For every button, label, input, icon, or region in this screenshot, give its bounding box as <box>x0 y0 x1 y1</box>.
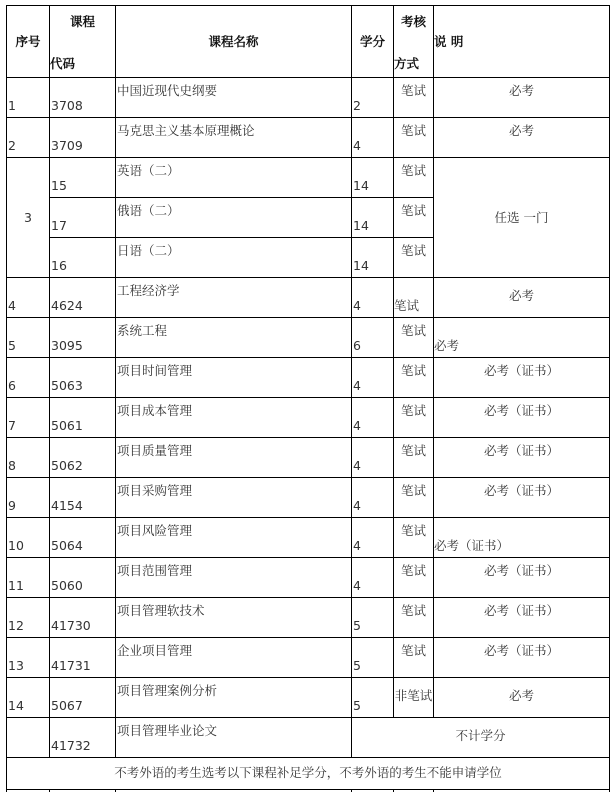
cell-code: 16 <box>51 258 67 273</box>
header-credits: 学分 <box>352 6 394 78</box>
cell-exam: 笔试 <box>394 443 433 458</box>
cell-note: 必考（证书） <box>434 443 609 458</box>
cell-credits: 4 <box>353 458 361 473</box>
cell-name: 中国近现代史纲要 <box>117 83 217 98</box>
cell-seq: 12 <box>8 618 24 633</box>
cell-seq: 10 <box>8 538 24 553</box>
header-code-bottom: 代码 <box>50 56 75 71</box>
cell-note: 必考 <box>434 288 609 303</box>
cell-code: 5067 <box>51 698 83 713</box>
cell-note: 必考（证书） <box>434 603 609 618</box>
cell-name: 项目时间管理 <box>117 363 192 378</box>
cell-credits: 4 <box>353 418 361 433</box>
cell-name: 项目范围管理 <box>117 563 192 578</box>
cell-code: 41731 <box>51 658 91 673</box>
header-code: 课程 代码 <box>50 6 116 78</box>
header-exam: 考核 方式 <box>394 6 434 78</box>
cell-exam: 笔试 <box>394 323 433 338</box>
table-row: 41732 项目管理毕业论文 不计学分 <box>7 718 610 758</box>
cell-exam: 笔试 <box>394 123 433 138</box>
cell-code: 5064 <box>51 538 83 553</box>
header-note: 说 明 <box>434 6 610 78</box>
cell-exam: 笔试 <box>394 483 433 498</box>
cell-exam: 笔试 <box>394 298 419 313</box>
cell-note: 必考 <box>434 688 609 703</box>
cell-code: 4624 <box>51 298 83 313</box>
header-seq: 序号 <box>7 6 50 78</box>
cell-code: 41730 <box>51 618 91 633</box>
header-row: 序号 课程 代码 课程名称 学分 考核 方式 说 明 <box>7 6 610 78</box>
cell-name: 俄语（二） <box>117 203 180 218</box>
footnote: 不考外语的考生选考以下课程补足学分，不考外语的考生不能申请学位 <box>7 758 610 790</box>
cell-exam: 非笔试 <box>392 688 435 703</box>
cell-seq: 9 <box>8 498 16 513</box>
cell-credits: 14 <box>353 258 369 273</box>
cell-code: 15 <box>51 178 67 193</box>
cell-note: 必考（证书） <box>434 538 509 553</box>
cell-credits: 6 <box>353 338 361 353</box>
cell-note: 必考（证书） <box>434 563 609 578</box>
cell-code: 5061 <box>51 418 83 433</box>
cell-name: 马克思主义基本原理概论 <box>117 123 255 138</box>
cell-name: 项目管理软技术 <box>117 603 205 618</box>
table-row: 3 15 英语（二） 14 笔试 任选 一门 <box>7 158 610 198</box>
footnote-row: 不考外语的考生选考以下课程补足学分，不考外语的考生不能申请学位 <box>7 758 610 790</box>
cell-credits: 4 <box>353 378 361 393</box>
cell-exam: 笔试 <box>394 523 433 538</box>
table-row: 6 5063 项目时间管理 4 笔试 必考（证书） <box>7 358 610 398</box>
cell-exam: 笔试 <box>394 363 433 378</box>
table-row: 9 4154 项目采购管理 4 笔试 必考（证书） <box>7 478 610 518</box>
cell-note: 必考（证书） <box>434 483 609 498</box>
header-exam-top: 考核 <box>394 14 433 29</box>
cell-code: 3709 <box>51 138 83 153</box>
table-row: 11 5060 项目范围管理 4 笔试 必考（证书） <box>7 558 610 598</box>
cell-exam: 笔试 <box>394 243 433 258</box>
cell-note: 必考（证书） <box>434 643 609 658</box>
cell-name: 项目风险管理 <box>117 523 192 538</box>
cell-name: 工程经济学 <box>117 283 180 298</box>
header-code-top: 课程 <box>50 14 115 29</box>
cell-seq: 2 <box>8 138 16 153</box>
cell-exam: 笔试 <box>394 163 433 178</box>
table-row: 13 41731 企业项目管理 5 笔试 必考（证书） <box>7 638 610 678</box>
cell-credits: 4 <box>353 538 361 553</box>
cell-seq: 11 <box>8 578 24 593</box>
cell-code: 41732 <box>51 738 91 753</box>
header-exam-bottom: 方式 <box>394 56 419 71</box>
table-row: 4 4624 工程经济学 4 笔试 必考 <box>7 278 610 318</box>
cell-name: 企业项目管理 <box>117 643 192 658</box>
cell-seq: 13 <box>8 658 24 673</box>
cell-credits: 4 <box>353 578 361 593</box>
cell-credits: 5 <box>353 658 361 673</box>
cell-name: 项目管理毕业论文 <box>117 723 217 738</box>
cell-note-group: 任选 一门 <box>434 158 610 278</box>
cell-code: 5062 <box>51 458 83 473</box>
cell-credits: 4 <box>353 138 361 153</box>
table-row: 8 5062 项目质量管理 4 笔试 必考（证书） <box>7 438 610 478</box>
cell-exam: 笔试 <box>394 563 433 578</box>
cell-name: 项目质量管理 <box>117 443 192 458</box>
cell-code: 4154 <box>51 498 83 513</box>
cell-name: 项目成本管理 <box>117 403 192 418</box>
cell-name: 英语（二） <box>117 163 180 178</box>
course-table: 序号 课程 代码 课程名称 学分 考核 方式 说 明 1 3708 中国近现代 <box>6 5 610 792</box>
cell-note-merged: 不计学分 <box>352 718 610 758</box>
cell-note: 必考 <box>434 338 459 353</box>
cell-credits: 4 <box>353 498 361 513</box>
cell-credits: 2 <box>353 98 361 113</box>
cell-seq: 6 <box>8 378 16 393</box>
table-row: 5 3095 系统工程 6 笔试 必考 <box>7 318 610 358</box>
cell-code: 3095 <box>51 338 83 353</box>
cell-exam: 笔试 <box>394 83 433 98</box>
cell-code: 5063 <box>51 378 83 393</box>
cell-seq: 7 <box>8 418 16 433</box>
cell-note: 必考 <box>434 123 609 138</box>
cell-exam: 笔试 <box>394 203 433 218</box>
table-row: 7 5061 项目成本管理 4 笔试 必考（证书） <box>7 398 610 438</box>
cell-note: 必考 <box>434 83 609 98</box>
cell-code: 17 <box>51 218 67 233</box>
cell-credits: 14 <box>353 178 369 193</box>
cell-note: 必考（证书） <box>434 403 609 418</box>
cell-credits: 14 <box>353 218 369 233</box>
cell-credits: 5 <box>353 618 361 633</box>
cell-seq: 8 <box>8 458 16 473</box>
table-row: 14 5067 项目管理案例分析 5 非笔试 必考 <box>7 678 610 718</box>
cell-seq: 4 <box>8 298 16 313</box>
cell-seq: 14 <box>8 698 24 713</box>
cell-exam: 笔试 <box>394 643 433 658</box>
cell-name: 项目管理案例分析 <box>117 683 217 698</box>
cell-note: 必考（证书） <box>434 363 609 378</box>
cell-seq: 5 <box>8 338 16 353</box>
cell-credits: 4 <box>353 298 361 313</box>
cell-name: 系统工程 <box>117 323 167 338</box>
table-row: 12 41730 项目管理软技术 5 笔试 必考（证书） <box>7 598 610 638</box>
cell-name: 项目采购管理 <box>117 483 192 498</box>
cell-credits: 5 <box>353 698 361 713</box>
cell-code: 5060 <box>51 578 83 593</box>
cell-seq: 1 <box>8 98 16 113</box>
table-row: 10 5064 项目风险管理 4 笔试 必考（证书） <box>7 518 610 558</box>
cell-name: 日语（二） <box>117 243 180 258</box>
cell-seq-group: 3 <box>7 158 50 278</box>
cell-code: 3708 <box>51 98 83 113</box>
table-row: 2 3709 马克思主义基本原理概论 4 笔试 必考 <box>7 118 610 158</box>
header-name: 课程名称 <box>116 6 352 78</box>
cell-exam: 笔试 <box>394 403 433 418</box>
table-row: 1 3708 中国近现代史纲要 2 笔试 必考 <box>7 78 610 118</box>
cell-exam: 笔试 <box>394 603 433 618</box>
